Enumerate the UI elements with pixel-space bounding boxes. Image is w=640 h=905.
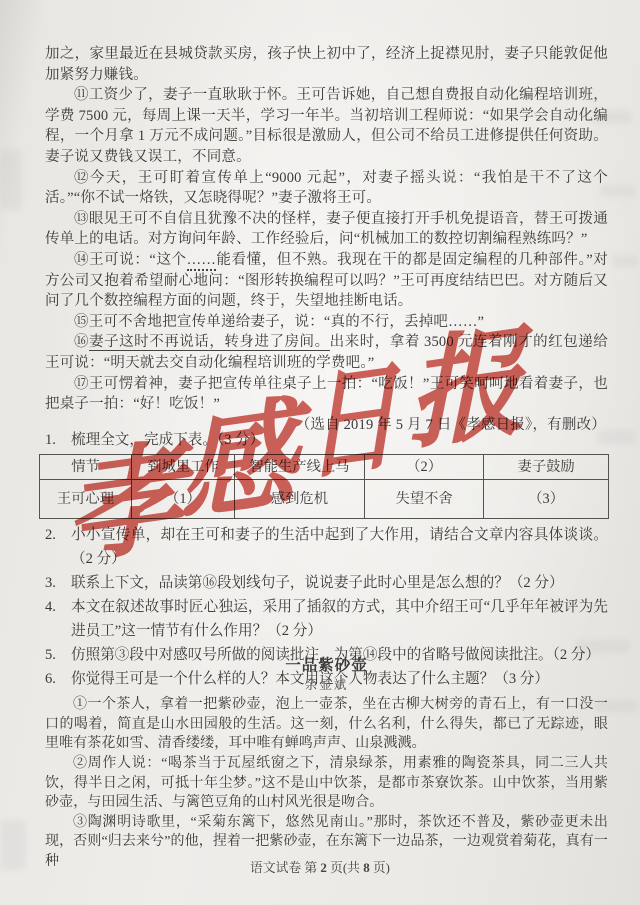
footer-label: 语文试卷 第	[250, 861, 320, 875]
paragraph-1: ①一个茶人，拿着一把紫砂壶，泡上一壶茶，坐在古柳大树旁的青石上，有一口没一口的喝…	[45, 695, 608, 754]
question-text: 联系上下文，品读第⑯段划线句子，说说妻子此时心里是怎么想的？（2 分）	[71, 571, 608, 595]
text-segment: ⑭王可说：“这个	[74, 252, 187, 268]
question-3: 3. 联系上下文，品读第⑯段划线句子，说说妻子此时心里是怎么想的？（2 分）	[45, 571, 608, 595]
table-cell: 智能生产线上马	[234, 455, 364, 480]
table-cell: 情节	[40, 455, 132, 480]
text-segment: ……	[187, 252, 216, 271]
plot-summary-table: 情节 到城里工作 智能生产线上马 （2） 妻子鼓励 王可心理 （1） 感到危机 …	[39, 454, 609, 519]
table-cell: 失望不舍	[365, 480, 484, 519]
question-2: 2. 小小宣传单，却在王可和妻子的生活中起到了大作用，请结合文章内容具体谈谈。（…	[45, 523, 608, 571]
paragraph-13: ⑬眼见王可不自信且犹豫不决的怪样，妻子便直接打开手机免提语音，替王可拨通传单上的…	[45, 209, 608, 250]
table-cell: （1）	[131, 480, 234, 519]
questions-section: 1. 梳理全文，完成下表。（3 分） 情节 到城里工作 智能生产线上马 （2） …	[45, 428, 608, 691]
text-segment: 妻子这时不再说话，转身进了房间。	[89, 334, 330, 351]
table-row: 王可心理 （1） 感到危机 失望不舍 （3）	[40, 480, 609, 519]
bleed-through-artifact	[0, 150, 22, 210]
table-cell: 到城里工作	[131, 455, 234, 480]
table-cell: （3）	[484, 480, 609, 519]
passage-1: 加之，家里最近在县城贷款买房，孩子快上初中了，经济上捉襟见肘，妻子只能敦促他加紧…	[45, 44, 608, 435]
question-number: 2.	[45, 523, 71, 571]
text-segment: ⑯	[74, 334, 89, 350]
paragraph-14: ⑭王可说：“这个……能看懂，但不熟。我现在干的都是固定编程的几种部件。”对方公司…	[45, 250, 608, 312]
question-number: 1.	[45, 428, 71, 452]
paragraph-17: ⑰王可愣着神，妻子把宣传单往桌子上一拍：“吃饭！”王可笑呵呵地看着妻子，也把桌子…	[45, 374, 608, 415]
bleed-through-artifact	[612, 255, 638, 267]
question-number: 3.	[45, 571, 71, 595]
essay-title: 一品紫砂壶	[45, 656, 608, 676]
essay-author: 余显斌	[45, 676, 608, 696]
question-text: 梳理全文，完成下表。（3 分）	[71, 428, 608, 452]
table-cell: 感到危机	[234, 480, 364, 519]
footer-label: 页)	[370, 861, 390, 875]
paragraph-2: ②周作人说：“喝茶当于瓦屋纸窗之下，清泉绿茶，用素雅的陶瓷茶具，同二三人共饮，得…	[45, 754, 608, 813]
table-cell: （2）	[365, 455, 484, 480]
paragraph-16: ⑯妻子这时不再说话，转身进了房间。出来时，拿着 3500 元连着刚才的红包递给王…	[45, 332, 608, 373]
footer-label: 页(共	[327, 861, 363, 875]
table-header-row: 情节 到城里工作 智能生产线上马 （2） 妻子鼓励	[40, 455, 609, 480]
question-text: 本文在叙述故事时匠心独运，采用了插叙的方式，其中介绍王可“几乎年年被评为先进员工…	[71, 595, 608, 643]
question-1: 1. 梳理全文，完成下表。（3 分）	[45, 428, 608, 452]
question-text: 小小宣传单，却在王可和妻子的生活中起到了大作用，请结合文章内容具体谈谈。（2 分…	[71, 523, 608, 571]
scanned-exam-page: 加之，家里最近在县城贷款买房，孩子快上初中了，经济上捉襟见肘，妻子只能敦促他加紧…	[0, 0, 640, 905]
paragraph: 加之，家里最近在县城贷款买房，孩子快上初中了，经济上捉襟见肘，妻子只能敦促他加紧…	[45, 44, 608, 85]
passage-2: 一品紫砂壶 余显斌 ①一个茶人，拿着一把紫砂壶，泡上一壶茶，坐在古柳大树旁的青石…	[45, 656, 608, 872]
table-cell: 妻子鼓励	[484, 455, 609, 480]
paragraph-12: ⑫今天，王可盯着宣传单上“9000 元起”，对妻子摇头说：“我怕是干不了这个活。…	[45, 168, 608, 209]
question-4: 4. 本文在叙述故事时匠心独运，采用了插叙的方式，其中介绍王可“几乎年年被评为先…	[45, 595, 608, 643]
paragraph-11: ⑪工资少了，妻子一直耿耿于怀。王可告诉她，自己想自费报自动化编程培训班，学费 7…	[45, 85, 608, 167]
paragraph-15: ⑮王可不舍地把宣传单递给妻子，说：“真的不行，丢掉吧……”	[45, 312, 608, 333]
page-footer: 语文试卷 第 2 页(共 8 页)	[0, 857, 640, 876]
question-number: 4.	[45, 595, 71, 643]
table-cell: 王可心理	[40, 480, 132, 519]
